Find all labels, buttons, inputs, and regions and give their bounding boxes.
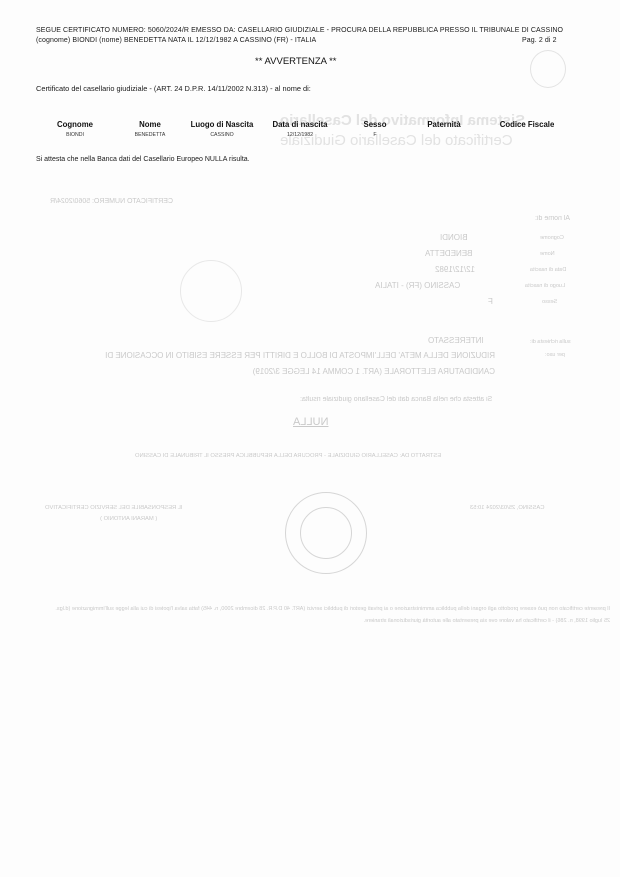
header-line-1: SEGUE CERTIFICATO NUMERO: 5060/2024/R EM…	[36, 27, 563, 34]
header-line-2: (cognome) BIONDI (nome) BENEDETTA NATA I…	[36, 37, 316, 44]
col-header-nome: Nome	[110, 120, 190, 129]
cell-luogo: CASSINO	[182, 132, 262, 138]
certificate-subtitle: Certificato del casellario giudiziale - …	[36, 84, 311, 93]
bleed-field-label-0: Cognome	[540, 235, 564, 241]
bleed-field-label-4: Sesso	[542, 299, 557, 305]
bleed-uso-label: per uso:	[545, 352, 565, 358]
bleed-responsabile-name: ( MARANI ANTONIO )	[100, 516, 157, 522]
emblem-icon	[530, 50, 566, 88]
bleed-estratto: ESTRATTO DA: CASELLARIO GIUDIZIALE - PRO…	[135, 453, 441, 459]
col-header-codice-fiscale: Codice Fiscale	[487, 120, 567, 129]
col-header-cognome: Cognome	[35, 120, 115, 129]
bleed-richiesta-label: sulla richiesta di:	[530, 339, 571, 345]
faded-seal-icon	[180, 260, 242, 322]
page-title: ** AVVERTENZA **	[255, 56, 337, 67]
bleed-field-label-2: Data di nascita	[530, 267, 566, 273]
bleed-cert-number: CERTIFICATO NUMERO: 5060/2024/R	[50, 198, 173, 205]
col-header-luogo: Luogo di Nascita	[182, 120, 262, 129]
page-number: Pag. 2 di 2	[522, 37, 557, 44]
bleed-nulla: NULLA	[293, 416, 328, 428]
col-header-data: Data di nascita	[260, 120, 340, 129]
bleed-field-value-3: CASSINO (FR) - ITALIA	[375, 281, 460, 290]
cell-sesso: F	[335, 132, 415, 138]
stamp-seal-inner-icon	[300, 507, 352, 559]
cell-data: 12/12/1982	[260, 132, 340, 138]
bleed-field-value-2: 12/12/1982	[435, 265, 475, 274]
bleed-field-label-1: Nome	[540, 251, 555, 257]
bleed-field-label-3: Luogo di nascita	[525, 283, 565, 289]
bleed-field-value-1: BENEDETTA	[425, 249, 472, 258]
attestation-text: Si attesta che nella Banca dati del Case…	[36, 156, 250, 163]
bleed-al-nome-di: Al nome di:	[535, 215, 570, 222]
bleed-field-value-0: BIONDI	[440, 233, 468, 242]
bleed-uso-value: RIDUZIONE DELLA META' DELL'IMPOSTA DI BO…	[55, 348, 495, 380]
bleed-field-value-4: F	[488, 297, 493, 306]
col-header-paternita: Paternità	[404, 120, 484, 129]
bleed-attest: Si attesta che nella Banca dati del Case…	[300, 396, 492, 403]
bleed-richiesta-value: INTERESSATO	[428, 336, 484, 345]
cell-cognome: BIONDI	[35, 132, 115, 138]
bleed-place-date: CASSINO, 25/03/2024 10:53	[470, 505, 544, 511]
bleed-footnote: Il presente certificato non può essere p…	[55, 603, 610, 627]
bleed-responsabile: IL RESPONSABILE DEL SERVIZIO CERTIFICATI…	[45, 505, 182, 511]
col-header-sesso: Sesso	[335, 120, 415, 129]
cell-nome: BENEDETTA	[110, 132, 190, 138]
